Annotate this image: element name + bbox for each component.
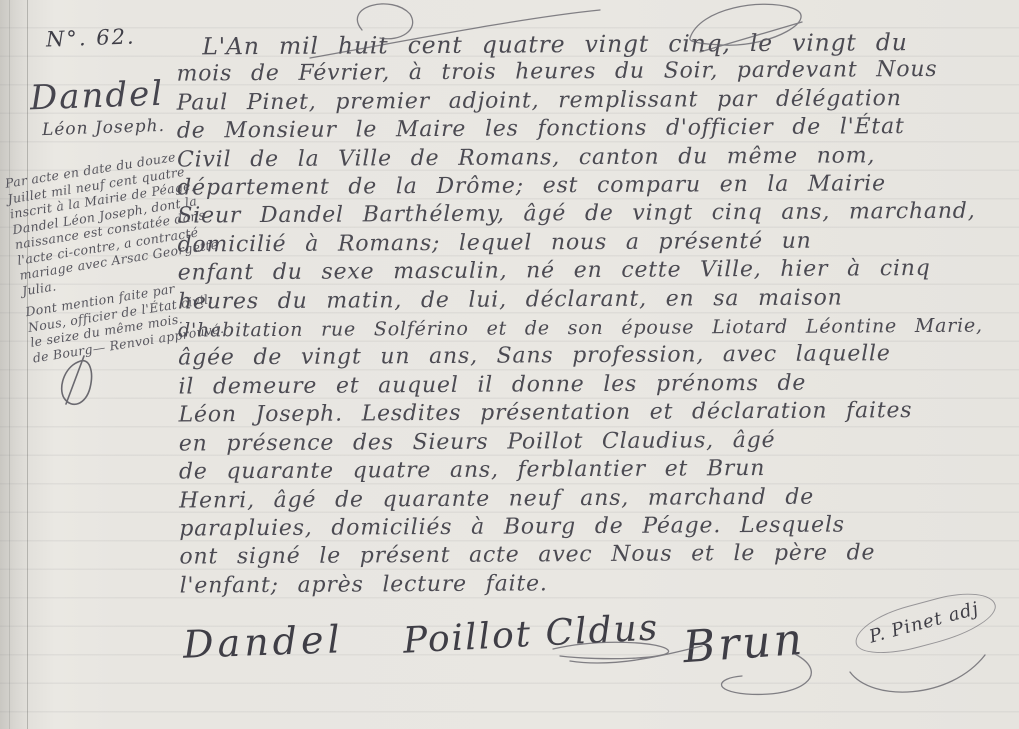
register-page: N°. 62. Dandel Léon Joseph. Par acte en … — [0, 0, 1019, 729]
margin-paraph-icon — [62, 361, 92, 405]
signature-declarant: Dandel — [182, 617, 344, 667]
act-text-line: l'enfant; après lecture faite. — [180, 567, 1018, 601]
act-number: N°. 62. — [46, 24, 136, 51]
act-text-line: de Monsieur le Maire les fonctions d'off… — [177, 113, 1015, 147]
officer-signature-tail-icon — [850, 655, 985, 692]
margin-given-names: Léon Joseph. — [42, 116, 166, 140]
margin-surname: Dandel — [29, 74, 165, 119]
margin-paraph-slash-icon — [66, 356, 84, 404]
margin-rule-line — [27, 0, 28, 729]
act-text-line: Sieur Dandel Barthélemy, âgé de vingt ci… — [177, 198, 1015, 232]
act-body-text: L'An mil huit cent quatre vingt cinq, le… — [176, 27, 1017, 600]
act-text-line: Léon Joseph. Lesdites présentation et dé… — [179, 397, 1017, 431]
act-text-line: enfant du sexe masculin, né en cette Vil… — [178, 255, 1016, 289]
binding-edge-line — [9, 0, 10, 729]
act-text-line: âgée de vingt un ans, Sans profession, a… — [178, 340, 1016, 374]
signature-witness-brun: Brun — [681, 614, 806, 673]
signature-witness-poillot: Poillot Cldus — [402, 607, 660, 661]
